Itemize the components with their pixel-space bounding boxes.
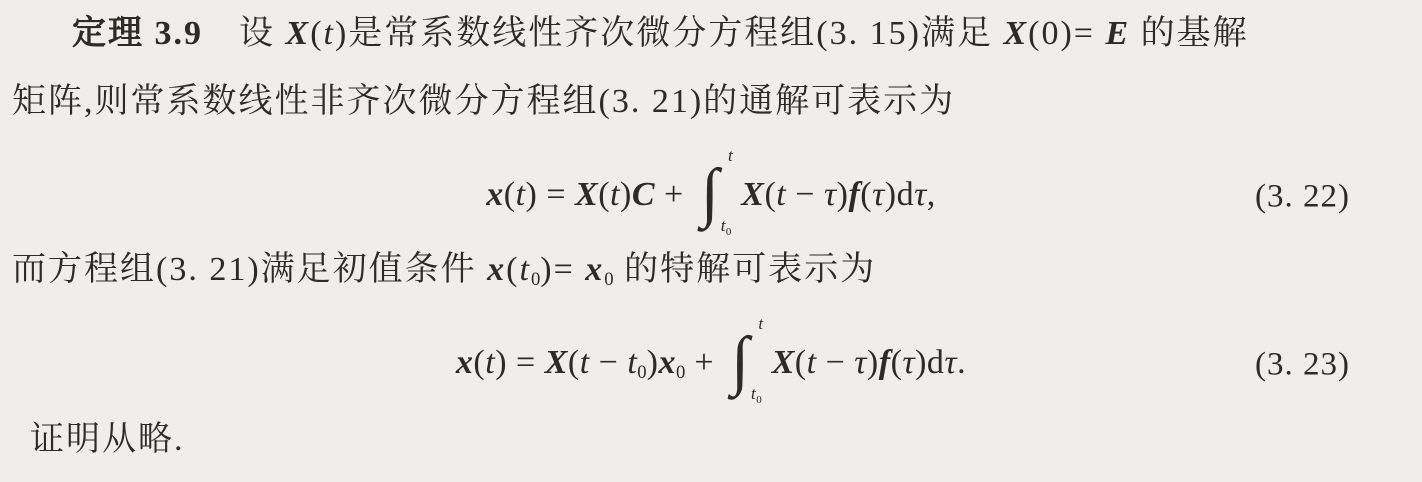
math-token: ( bbox=[568, 344, 580, 381]
math-token: f bbox=[879, 344, 891, 381]
text-segment: 的基解 bbox=[1130, 15, 1249, 52]
math-token: (0)= bbox=[1028, 15, 1105, 52]
math-token: t bbox=[516, 176, 526, 213]
math-token: ( bbox=[891, 344, 903, 381]
math-token: − bbox=[590, 344, 628, 381]
math-token: X bbox=[741, 176, 764, 213]
math-token: t bbox=[776, 176, 786, 213]
math-token: x bbox=[585, 251, 604, 288]
math-token: τ bbox=[824, 176, 837, 213]
math-token: t bbox=[519, 251, 530, 288]
math-token: t bbox=[627, 344, 637, 381]
math-token: X bbox=[545, 344, 568, 381]
math-token: X bbox=[772, 344, 795, 381]
math-token: ( bbox=[795, 344, 807, 381]
integral-sign: ∫tt0 bbox=[731, 326, 766, 396]
equation-number-3-23: (3. 23) bbox=[1255, 347, 1350, 384]
math-token: d bbox=[927, 344, 945, 381]
math-token: ( bbox=[860, 176, 872, 213]
math-token: x bbox=[658, 344, 676, 381]
math-token: ( bbox=[473, 344, 485, 381]
line2-text: 矩阵,则常系数线性非齐次微分方程组(3. 21)的通解可表示为 bbox=[12, 83, 955, 120]
equation-3-23-row: x(t) = X(t − t0)x0 + ∫tt0X(t − τ)f(τ)dτ.… bbox=[0, 312, 1422, 418]
math-token: τ bbox=[854, 344, 867, 381]
math-token: x bbox=[487, 251, 506, 288]
math-token: t bbox=[610, 176, 620, 213]
equation-3-23: x(t) = X(t − t0)x0 + ∫tt0X(t − τ)f(τ)dτ. bbox=[456, 330, 966, 400]
math-token: ) bbox=[647, 344, 659, 381]
math-token: , bbox=[927, 176, 936, 213]
math-token: + bbox=[655, 176, 693, 213]
math-token: ) bbox=[335, 15, 348, 52]
math-token: 0 bbox=[676, 362, 685, 383]
math-token: t bbox=[485, 344, 495, 381]
math-token: f bbox=[848, 176, 860, 213]
theorem-label: 定理 3.9 bbox=[72, 15, 203, 52]
text-segment: 的特解可表示为 bbox=[614, 251, 877, 288]
math-token: x bbox=[456, 344, 474, 381]
math-token: − bbox=[786, 176, 824, 213]
text-segment: 是常系数线性齐次微分方程组(3. 15)满足 bbox=[348, 15, 1003, 52]
equation-3-22: x(t) = X(t)C + ∫tt0X(t − τ)f(τ)dτ, bbox=[486, 162, 936, 232]
proof-omitted-line: 证明从略. bbox=[30, 419, 185, 462]
math-token: τ bbox=[914, 176, 927, 213]
math-token: C bbox=[632, 176, 655, 213]
math-token: ) bbox=[837, 176, 849, 213]
math-token: X bbox=[1003, 15, 1028, 52]
math-token: X bbox=[575, 176, 598, 213]
equation-number-3-22: (3. 22) bbox=[1255, 179, 1350, 216]
math-token: t bbox=[324, 15, 335, 52]
particular-solution-line: 而方程组(3. 21)满足初值条件 x(t0)= x0 的特解可表示为 bbox=[12, 249, 876, 292]
text-segment: 设 bbox=[203, 15, 286, 52]
math-token: 0 bbox=[604, 269, 613, 290]
math-token: τ bbox=[872, 176, 885, 213]
math-token: − bbox=[817, 344, 855, 381]
math-token: τ bbox=[902, 344, 915, 381]
theorem-statement-line1: 定理 3.9 设 X(t)是常系数线性齐次微分方程组(3. 15)满足 X(0)… bbox=[72, 13, 1249, 56]
math-token: ) bbox=[915, 344, 927, 381]
math-token: ( bbox=[764, 176, 776, 213]
equation-3-22-row: x(t) = X(t)C + ∫tt0X(t − τ)f(τ)dτ, (3. 2… bbox=[0, 144, 1422, 250]
math-token: ) bbox=[885, 176, 897, 213]
math-token: ) bbox=[867, 344, 879, 381]
math-token: ( bbox=[506, 251, 519, 288]
math-token: X bbox=[286, 15, 311, 52]
math-token: )= bbox=[540, 251, 585, 288]
text-segment: 而方程组(3. 21)满足初值条件 bbox=[12, 251, 487, 288]
math-token: x bbox=[486, 176, 504, 213]
math-token: 0 bbox=[637, 362, 646, 383]
math-token: . bbox=[957, 344, 966, 381]
line4-text: 证明从略. bbox=[30, 421, 185, 458]
math-token: ( bbox=[504, 176, 516, 213]
math-token: 0 bbox=[531, 269, 540, 290]
math-token: + bbox=[685, 344, 723, 381]
math-token: t bbox=[807, 344, 817, 381]
math-token: d bbox=[897, 176, 915, 213]
textbook-page: 定理 3.9 设 X(t)是常系数线性齐次微分方程组(3. 15)满足 X(0)… bbox=[0, 0, 1422, 482]
math-token: ) bbox=[620, 176, 632, 213]
math-token: E bbox=[1105, 15, 1130, 52]
theorem-statement-line2: 矩阵,则常系数线性非齐次微分方程组(3. 21)的通解可表示为 bbox=[12, 81, 955, 124]
math-token: ) = bbox=[495, 344, 545, 381]
math-token: t bbox=[580, 344, 590, 381]
math-token: ( bbox=[598, 176, 610, 213]
math-token: ) = bbox=[526, 176, 576, 213]
integral-sign: ∫tt0 bbox=[701, 158, 736, 228]
math-token: τ bbox=[944, 344, 957, 381]
math-token: ( bbox=[310, 15, 323, 52]
